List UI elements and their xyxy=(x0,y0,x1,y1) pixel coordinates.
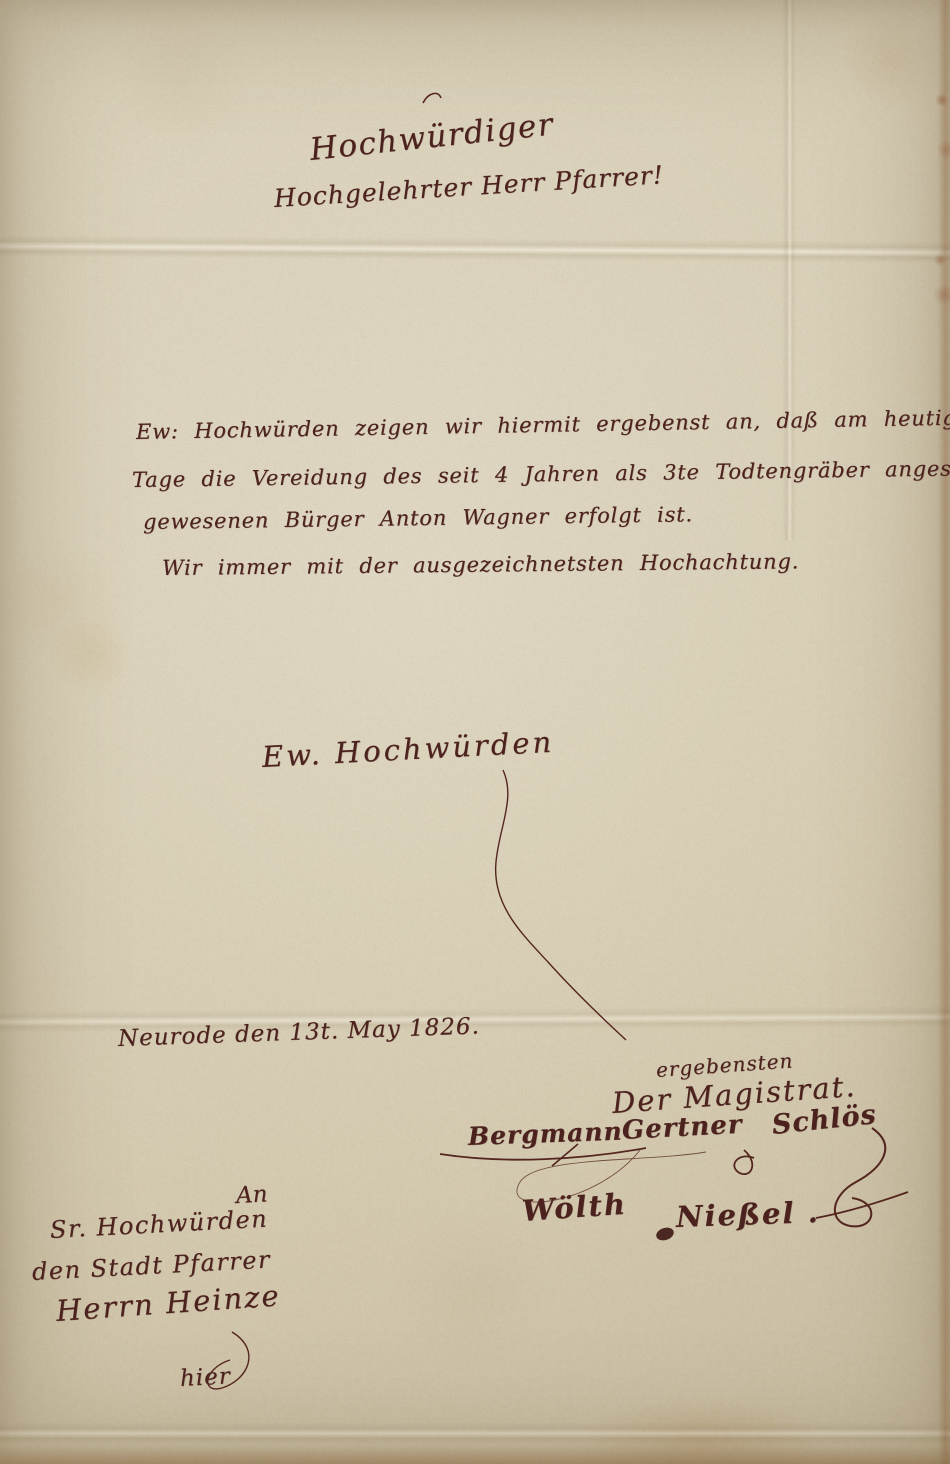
address-line5: hier xyxy=(179,1363,231,1392)
signature-gertner: Gertner xyxy=(621,1110,743,1146)
signature-bergmann: Bergmann xyxy=(467,1117,623,1151)
signature-niessel: Nießel . xyxy=(675,1195,820,1234)
letter-scan: Hochwürdiger Hochgelehrter Herr Pfarrer!… xyxy=(0,0,950,1464)
